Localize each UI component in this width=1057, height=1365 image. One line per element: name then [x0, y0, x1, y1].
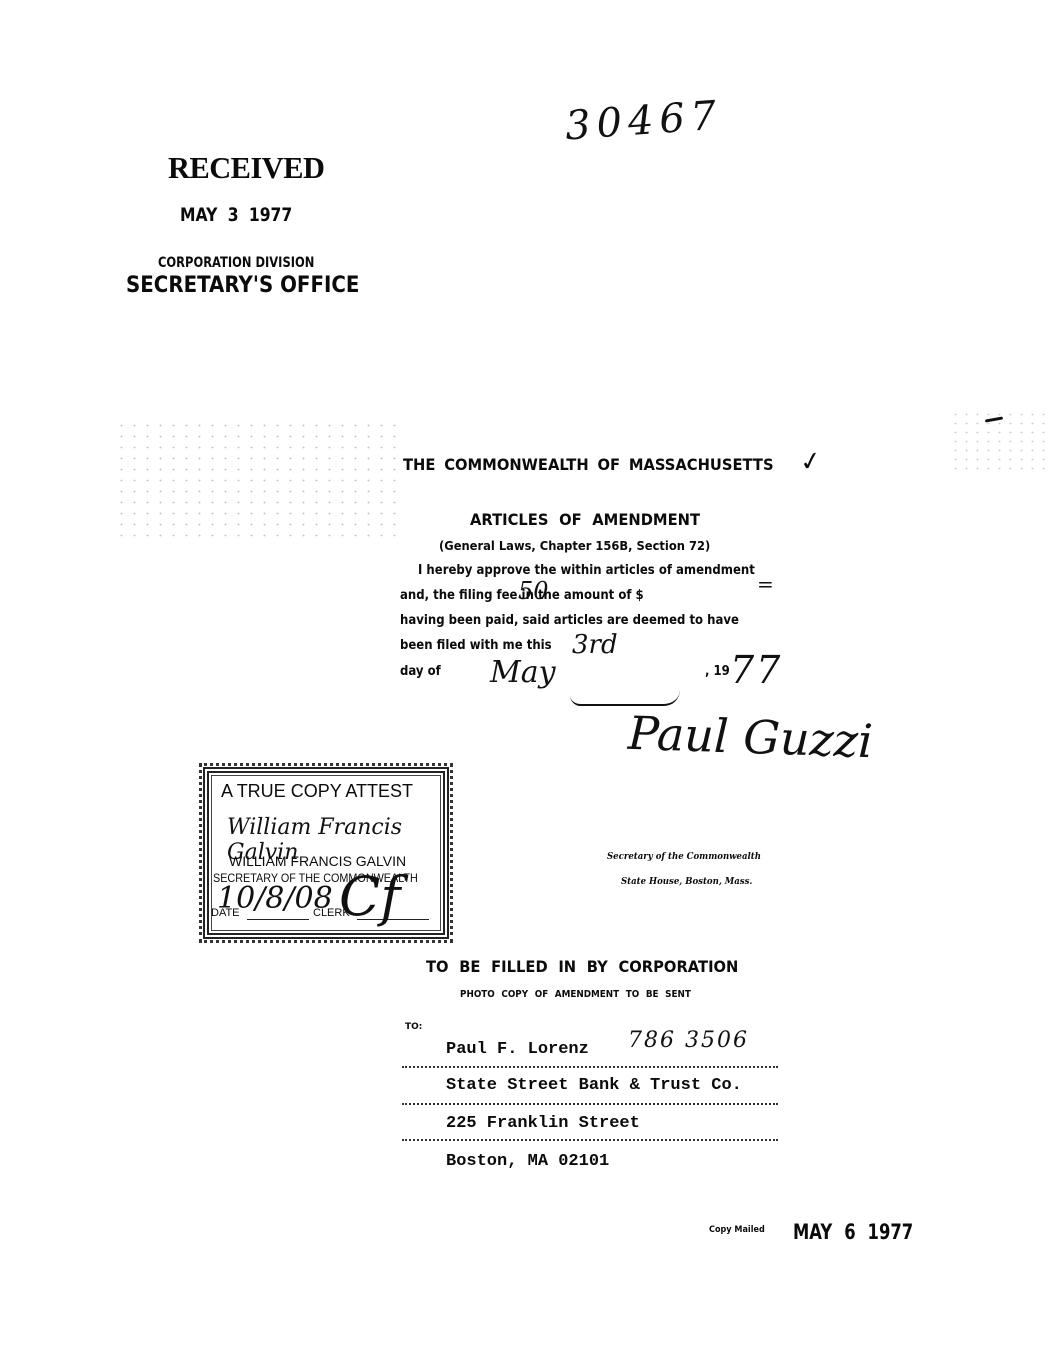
received-title: RECEIVED: [168, 150, 324, 186]
address-line: 225 Franklin Street: [446, 1114, 640, 1133]
secretary-office: SECRETARY'S OFFICE: [126, 273, 359, 298]
address-line: Boston, MA 02101: [446, 1152, 609, 1171]
corporation-heading: TO BE FILLED IN BY CORPORATION: [426, 957, 738, 976]
scan-noise: [115, 420, 405, 540]
corporation-division: CORPORATION DIVISION: [158, 255, 314, 271]
handwritten-fee: 50: [518, 577, 549, 605]
approval-line: day of: [400, 664, 441, 679]
copy-mailed-date: MAY 6 1977: [793, 1220, 913, 1244]
true-copy-stamp: A TRUE COPY ATTEST William Francis Galvi…: [203, 767, 449, 939]
to-label: TO:: [405, 1022, 422, 1032]
approval-line: been filed with me this: [400, 638, 552, 653]
month-underline: [570, 690, 680, 706]
address-line: Paul F. Lorenz: [446, 1040, 589, 1059]
year-prefix: , 19: [705, 664, 730, 679]
form-citation: (General Laws, Chapter 156B, Section 72): [439, 538, 710, 553]
handwritten-phone: 786 3506: [628, 1028, 749, 1053]
check-mark-icon: ✓: [798, 445, 825, 478]
secretary-signature: Paul Guzzi: [627, 706, 874, 769]
stamp-title: A TRUE COPY ATTEST: [221, 781, 413, 802]
stamp-date-label: DATE: [211, 907, 240, 919]
form-title: ARTICLES OF AMENDMENT: [470, 510, 700, 529]
copy-mailed-label: Copy Mailed: [709, 1225, 765, 1235]
handwritten-fee-mark: =: [757, 572, 774, 596]
handwritten-year: 77: [730, 648, 782, 692]
stamp-date-line: [247, 919, 309, 920]
file-number: 30467: [564, 93, 724, 150]
corporation-subheading: PHOTO COPY OF AMENDMENT TO BE SENT: [460, 989, 691, 1000]
received-date: MAY 3 1977: [180, 204, 292, 226]
approval-line: I hereby approve the within articles of …: [418, 563, 755, 578]
dotted-rule: [402, 1066, 778, 1068]
jurisdiction-heading: THE COMMONWEALTH OF MASSACHUSETTS: [403, 455, 774, 474]
dotted-rule: [402, 1103, 778, 1105]
address-line: State Street Bank & Trust Co.: [446, 1076, 742, 1095]
handwritten-month: May: [490, 655, 556, 690]
approval-line: having been paid, said articles are deem…: [400, 613, 739, 628]
stamp-clerk-signature: Cf: [339, 865, 400, 928]
handwritten-day: 3rd: [572, 630, 618, 660]
signatory-title: Secretary of the Commonwealth: [607, 852, 761, 862]
dotted-rule: [402, 1139, 778, 1141]
signatory-address: State House, Boston, Mass.: [621, 877, 752, 887]
